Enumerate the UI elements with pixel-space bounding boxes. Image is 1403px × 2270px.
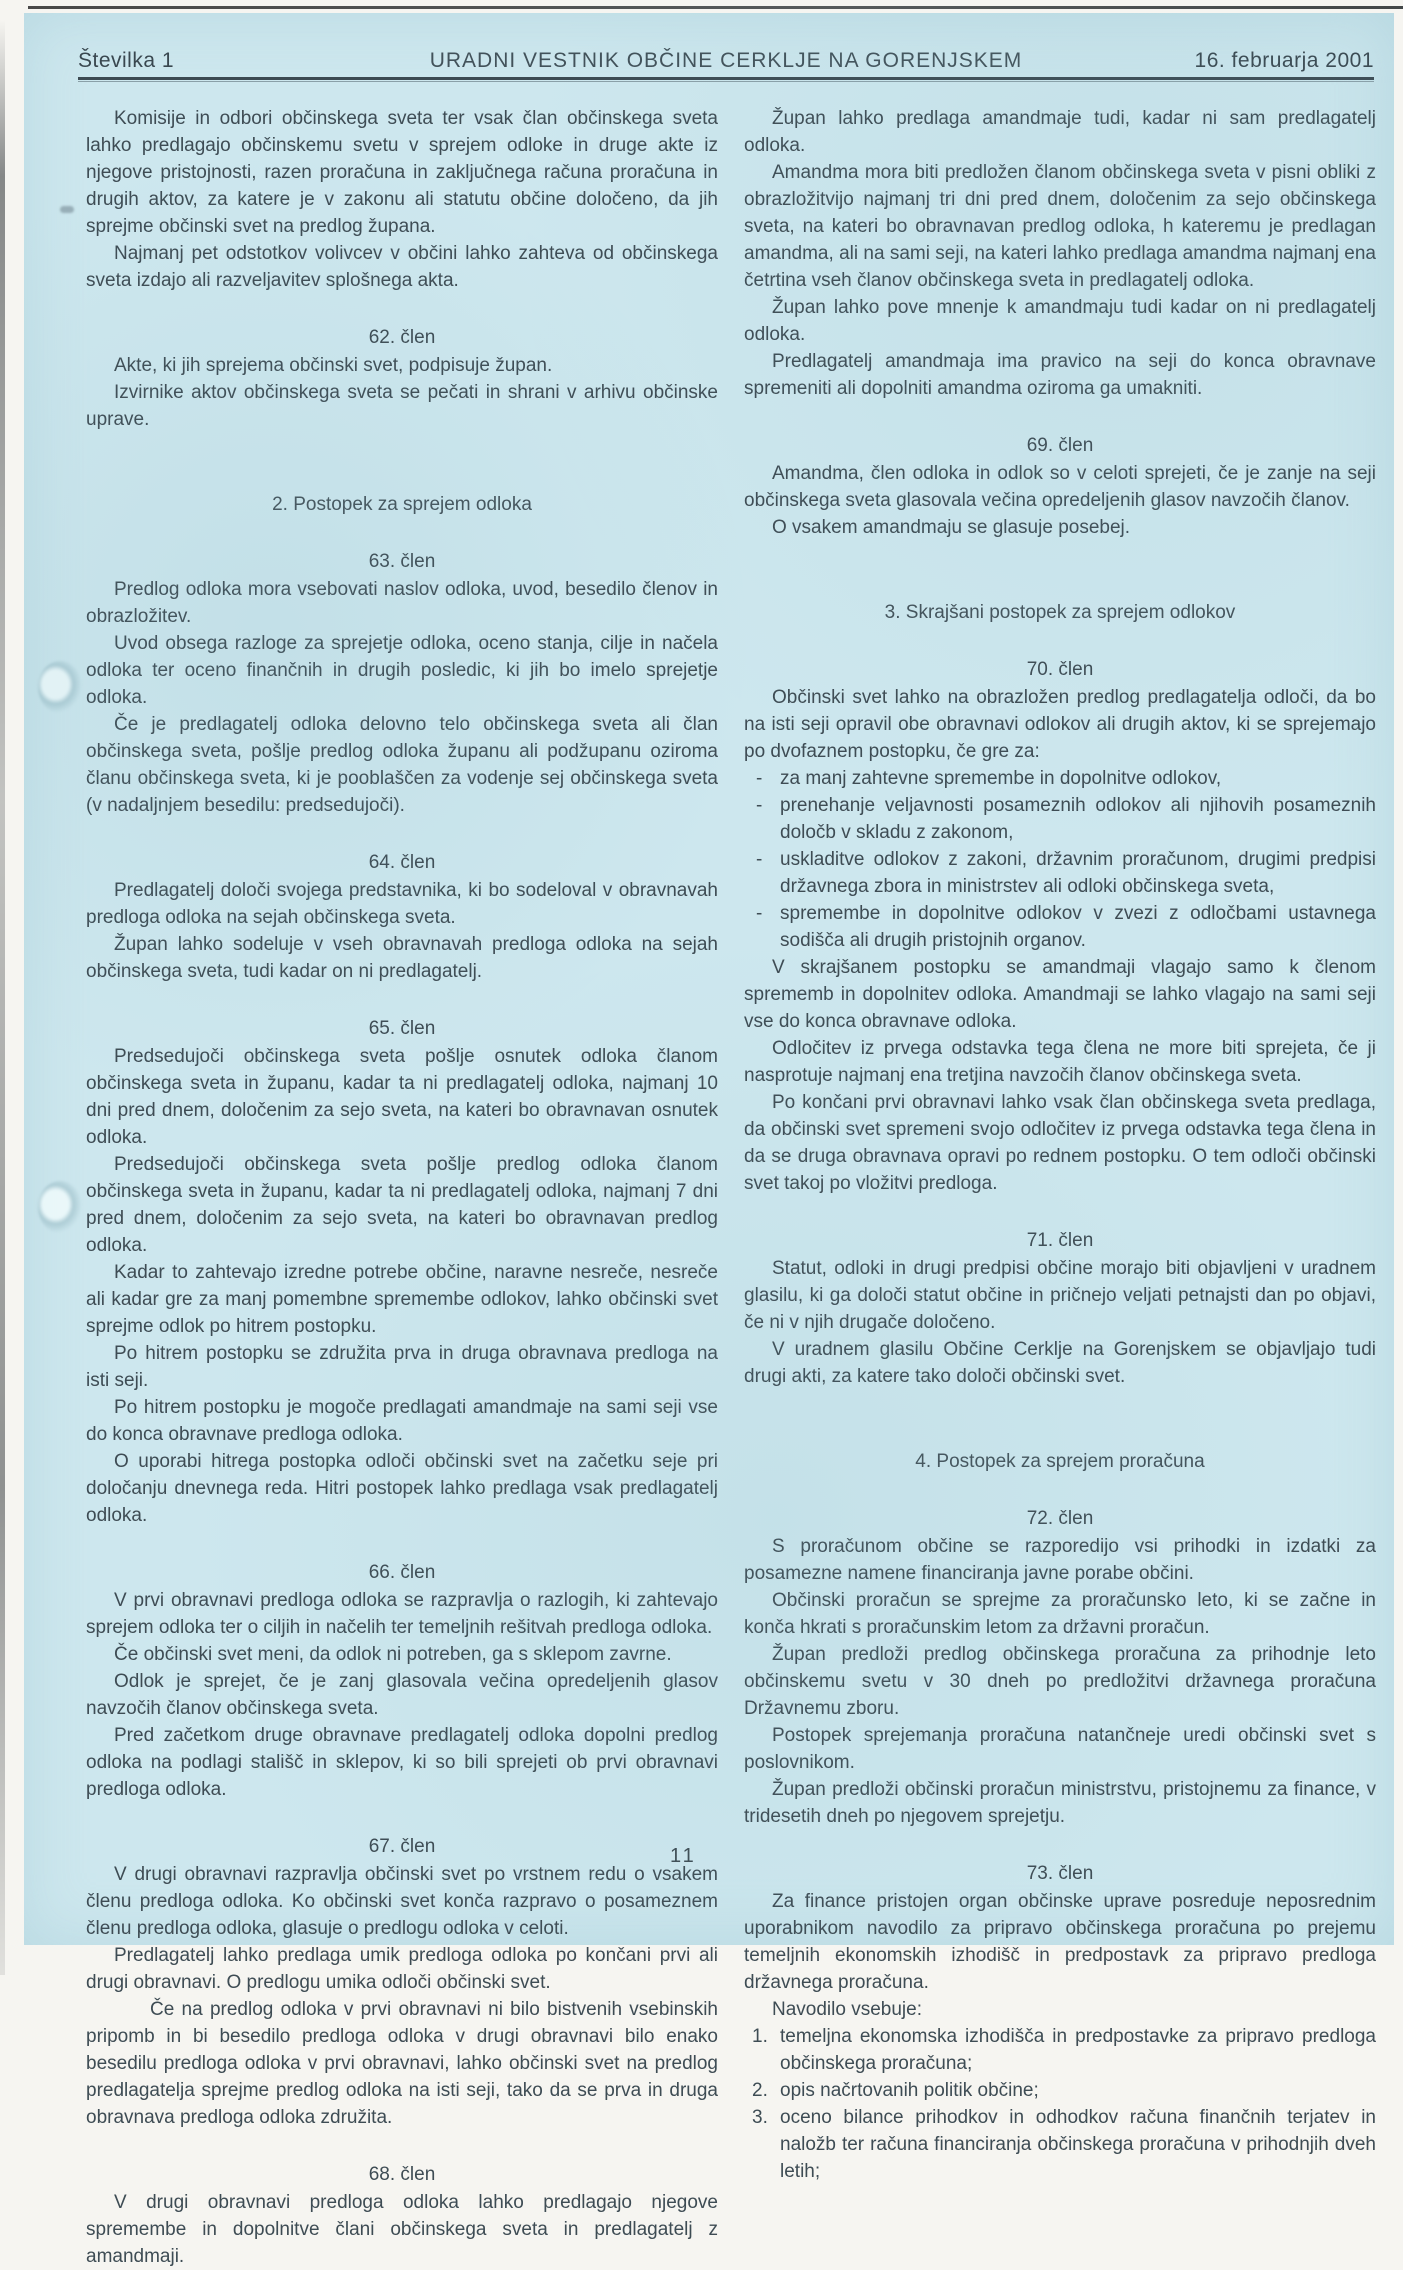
paragraph: Odlok je sprejet, če je zanj glasovala v… [86, 1668, 718, 1722]
paragraph: Statut, odloki in drugi predpisi občine … [744, 1255, 1376, 1336]
paragraph: Župan lahko predlaga amandmaje tudi, kad… [744, 105, 1376, 159]
list-item-dash: -prenehanje veljavnosti posameznih odlok… [744, 792, 1376, 846]
column-left: Komisije in odbori občinskega sveta ter … [86, 105, 718, 1945]
paragraph: Amandma, člen odloka in odlok so v celot… [744, 460, 1376, 514]
paragraph: Pred začetkom druge obravnave predlagate… [86, 1722, 718, 1803]
paragraph: Predlagatelj amandmaja ima pravico na se… [744, 348, 1376, 402]
paragraph: Župan lahko sodeluje v vseh obravnavah p… [86, 931, 718, 985]
header-rule [78, 77, 1374, 82]
paragraph: Po končani prvi obravnavi lahko vsak čla… [744, 1089, 1376, 1197]
paragraph: Občinski svet lahko na obrazložen predlo… [744, 684, 1376, 765]
paragraph: Izvirnike aktov občinskega sveta se peča… [86, 379, 718, 433]
column-right: Župan lahko predlaga amandmaje tudi, kad… [744, 105, 1376, 1945]
paragraph: Če občinski svet meni, da odlok ni potre… [86, 1641, 718, 1668]
paragraph: Predsedujoči občinskega sveta pošlje osn… [86, 1043, 718, 1151]
list-marker: - [756, 846, 762, 873]
article-heading: 70. člen [744, 656, 1376, 683]
paragraph: V drugi obravnavi razpravlja občinski sv… [86, 1861, 718, 1942]
paragraph: Postopek sprejemanja proračuna natančnej… [744, 1722, 1376, 1776]
article-heading: 66. člen [86, 1559, 718, 1586]
paragraph: Za finance pristojen organ občinske upra… [744, 1888, 1376, 1985]
paragraph: Komisije in odbori občinskega sveta ter … [86, 105, 718, 240]
list-item-text: za manj zahtevne spremembe in dopolnitve… [780, 768, 1221, 789]
article-heading: 64. člen [86, 849, 718, 876]
article-heading: 73. člen [744, 1860, 1376, 1887]
article-heading: 62. člen [86, 324, 718, 351]
list-marker: - [756, 900, 762, 927]
paragraph: Odločitev iz prvega odstavka tega člena … [744, 1035, 1376, 1089]
paragraph: V skrajšanem postopku se amandmaji vlaga… [744, 954, 1376, 1035]
list-item-text: spremembe in dopolnitve odlokov v zvezi … [780, 903, 1376, 951]
paragraph: V uradnem glasilu Občine Cerklje na Gore… [744, 1336, 1376, 1390]
list-item-dash: -spremembe in dopolnitve odlokov v zvezi… [744, 900, 1376, 954]
paragraph: Predlagatelj določi svojega predstavnika… [86, 877, 718, 931]
article-heading: 67. člen [86, 1833, 718, 1860]
gazette-title: URADNI VESTNIK OBČINE CERKLJE NA GORENJS… [338, 49, 1114, 73]
article-heading: 71. člen [744, 1227, 1376, 1254]
list-item-dash: -uskladitve odlokov z zakoni, državnim p… [744, 846, 1376, 900]
paragraph: O vsakem amandmaju se glasuje posebej. [744, 514, 1376, 541]
page-body: Komisije in odbori občinskega sveta ter … [62, 91, 1380, 1945]
list-marker: - [756, 765, 762, 792]
paragraph: Po hitrem postopku se združita prva in d… [86, 1340, 718, 1394]
list-item-dash: -za manj zahtevne spremembe in dopolnitv… [744, 765, 1376, 792]
paragraph: Predlagatelj lahko predlaga umik predlog… [86, 1942, 718, 1985]
article-heading: 69. člen [744, 432, 1376, 459]
list-item-text: prenehanje veljavnosti posameznih odloko… [780, 795, 1376, 843]
paragraph: Predlog odloka mora vsebovati naslov odl… [86, 576, 718, 630]
paragraph: Najmanj pet odstotkov volivcev v občini … [86, 240, 718, 294]
page-header: Številka 1 URADNI VESTNIK OBČINE CERKLJE… [78, 27, 1374, 73]
issue-number: Številka 1 [78, 49, 338, 73]
issue-date: 16. februarja 2001 [1114, 49, 1374, 73]
article-heading: 65. člen [86, 1015, 718, 1042]
paragraph: Po hitrem postopku je mogoče predlagati … [86, 1394, 718, 1448]
paragraph: Kadar to zahtevajo izredne potrebe občin… [86, 1259, 718, 1340]
paragraph: Uvod obsega razloge za sprejetje odloka,… [86, 630, 718, 711]
page-number: 11 [670, 1845, 697, 1868]
gazette-page: Številka 1 URADNI VESTNIK OBČINE CERKLJE… [24, 13, 1394, 1945]
paragraph: Predsedujoči občinskega sveta pošlje pre… [86, 1151, 718, 1259]
scan-edge-top [28, 6, 1403, 9]
paragraph: Župan predloži občinski proračun ministr… [744, 1776, 1376, 1830]
paragraph: Če je predlagatelj odloka delovno telo o… [86, 711, 718, 819]
paragraph: Akte, ki jih sprejema občinski svet, pod… [86, 352, 718, 379]
paragraph: Amandma mora biti predložen članom občin… [744, 159, 1376, 294]
paragraph: V prvi obravnavi predloga odloka se razp… [86, 1587, 718, 1641]
paragraph: O uporabi hitrega postopka odloči občins… [86, 1448, 718, 1529]
list-item-text: uskladitve odlokov z zakoni, državnim pr… [780, 849, 1376, 897]
list-marker: - [756, 792, 762, 819]
section-heading: 3. Skrajšani postopek za sprejem odlokov [744, 599, 1376, 626]
paragraph: Občinski proračun se sprejme za proračun… [744, 1587, 1376, 1641]
article-heading: 72. člen [744, 1505, 1376, 1532]
scan-edge-left [0, 20, 5, 1975]
section-heading: 2. Postopek za sprejem odloka [86, 491, 718, 518]
paragraph: Župan predloži predlog občinskega prorač… [744, 1641, 1376, 1722]
paragraph: S proračunom občine se razporedijo vsi p… [744, 1533, 1376, 1587]
paragraph: Župan lahko pove mnenje k amandmaju tudi… [744, 294, 1376, 348]
section-heading: 4. Postopek za sprejem proračuna [744, 1448, 1376, 1475]
article-heading: 63. člen [86, 548, 718, 575]
